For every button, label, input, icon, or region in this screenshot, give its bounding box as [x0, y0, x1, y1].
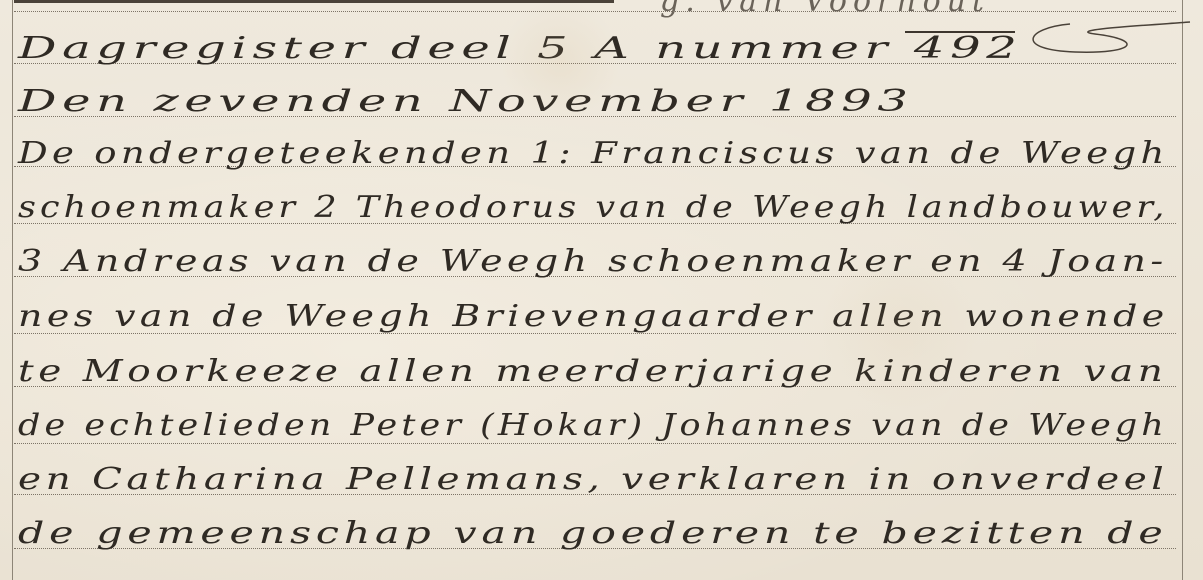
register-page: g. van Voorhout Dagregister deel 5 A num…	[0, 0, 1203, 580]
left-margin-rule	[12, 0, 13, 580]
text-line-8: de echtelieden Peter (Hokar) Johannes va…	[18, 411, 1168, 441]
ruled-line	[14, 443, 1176, 444]
ruled-line	[14, 11, 1176, 12]
text-line-4: schoenmaker 2 Theodorus van de Weegh lan…	[18, 193, 1168, 223]
text-line-3: De ondergeteekenden 1: Franciscus van de…	[18, 139, 1169, 169]
text-line-9: en Catharina Pellemans, verklaren in onv…	[18, 465, 1168, 495]
text-line-7: te Moorkeeze allen meerderjarige kindere…	[18, 357, 1167, 387]
text-line-1: Dagregister deel 5 A nummer 492	[18, 34, 1022, 64]
right-margin-rule	[1182, 0, 1183, 580]
top-rule	[14, 0, 614, 3]
text-line-6: nes van de Weegh Brievengaarder allen wo…	[18, 302, 1169, 332]
text-line-2: Den zevenden November 1893	[18, 87, 914, 117]
text-line-5: 3 Andreas van de Weegh schoenmaker en 4 …	[18, 247, 1168, 277]
top-signature-fragment: g. van Voorhout	[660, 0, 990, 19]
text-line-10: de gemeenschap van goederen te bezitten …	[18, 519, 1168, 549]
